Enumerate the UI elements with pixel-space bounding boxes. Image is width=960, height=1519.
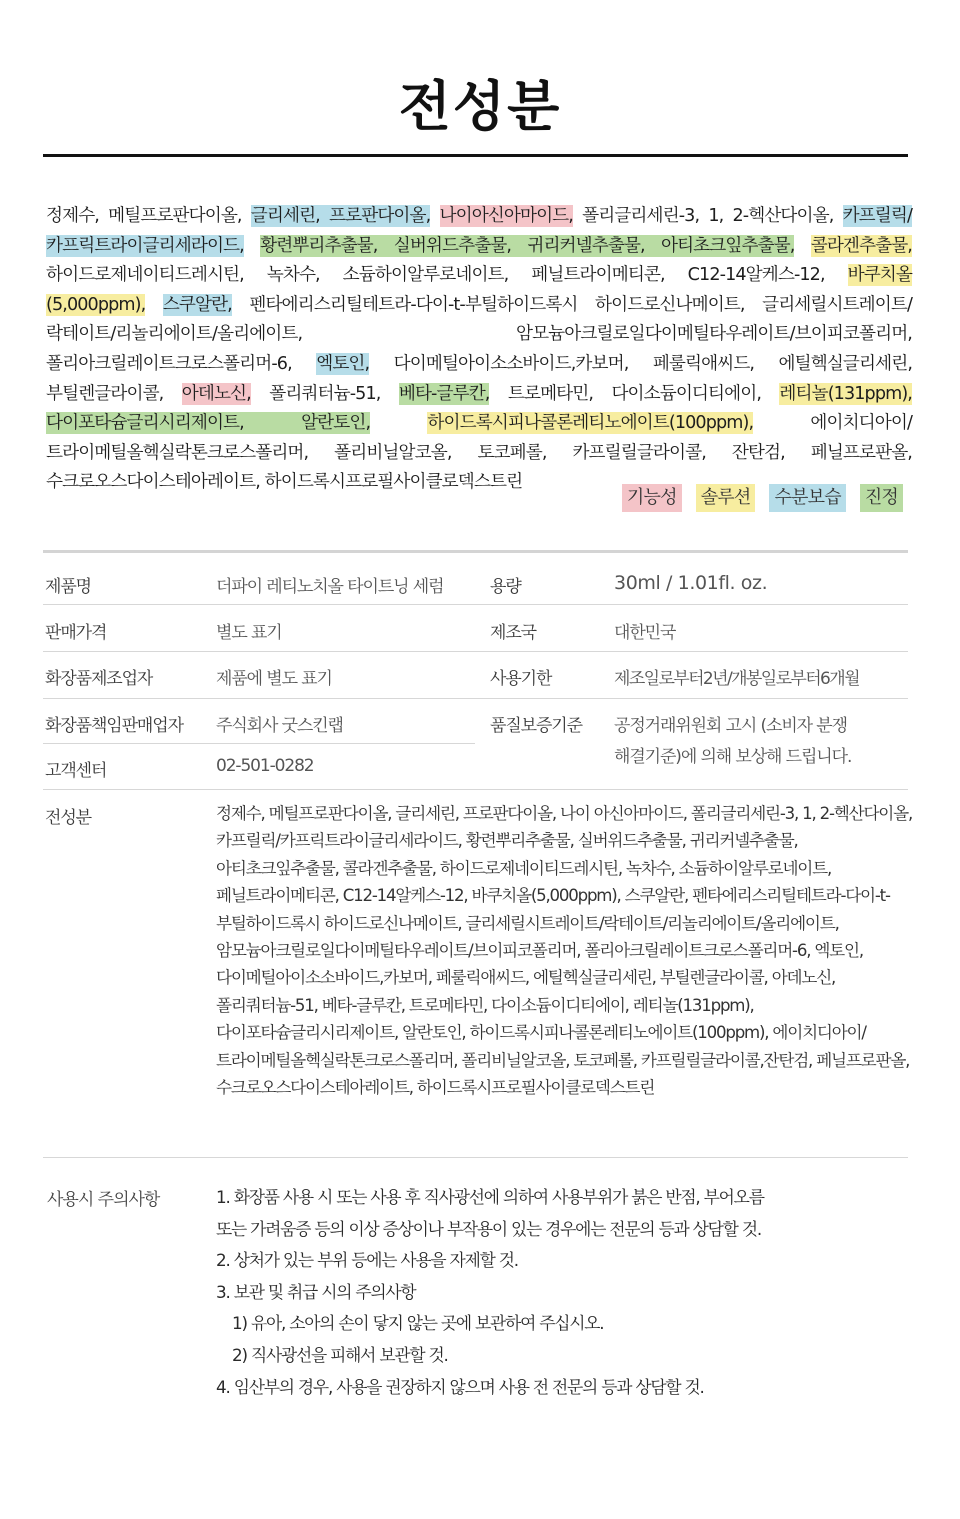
ingredient-text: 폴리쿼터늄-51, [251, 384, 399, 404]
cautions-label: 사용시 주의사항 [47, 1185, 159, 1210]
legend-soothing: 진정 [860, 484, 903, 512]
caution-subitem: 2) 직사광선을 피해서 보관할 것. [216, 1340, 776, 1372]
spec-row-divider [43, 789, 908, 790]
spec-row-divider [43, 698, 908, 699]
spec-value-quality-line1: 공정거래위원회 고시 (소비자 분쟁 [614, 711, 847, 736]
ingredient-text [244, 236, 260, 256]
spec-label-volume: 용량 [490, 572, 521, 597]
spec-label-expiry: 사용기한 [490, 664, 551, 689]
caution-item: 1. 화장품 사용 시 또는 사용 후 직사광선에 의하여 사용부위가 붉은 반… [216, 1182, 776, 1245]
title-divider [43, 154, 908, 157]
ingredient-text [145, 295, 163, 315]
ingredient-highlight-solution: 레티놀(131ppm), [779, 383, 912, 405]
ingredient-highlight-moisture: 스쿠알란, [163, 294, 232, 316]
spec-value-cs-center: 02-501-0282 [216, 756, 314, 776]
ingredient-highlight-solution: 하이드록시피나콜론레티노에이트(100ppm), [427, 412, 753, 434]
spec-value-manufacturer: 제품에 별도 표기 [216, 664, 332, 689]
ingredient-text: 하이드로제네이티드레시틴, 녹차수, 소듐하이알루로네이트, 페닐트라이메티콘,… [46, 265, 848, 285]
spec-row-divider [43, 604, 908, 605]
spec-row-divider [43, 1157, 908, 1158]
spec-label-distributor: 화장품책임판매업자 [45, 711, 183, 736]
ingredient-highlight-soothing: 다이포타슘글리시리제이트, 알란토인, [46, 412, 370, 434]
spec-label-origin: 제조국 [490, 618, 536, 643]
spec-value-price: 별도 표기 [216, 618, 282, 643]
caution-item: 3. 보관 및 취급 시의 주의사항 [216, 1277, 776, 1309]
spec-value-product-name: 더파이 레티노치올 타이트닝 세럼 [216, 572, 443, 597]
spec-label-manufacturer: 화장품제조업자 [45, 664, 152, 689]
spec-value-expiry: 제조일로부터2년/개봉일로부터6개월 [614, 664, 859, 689]
legend-functional: 기능성 [622, 484, 682, 512]
spec-row-divider [43, 651, 908, 652]
ingredient-text [430, 206, 439, 226]
ingredient-text: 정제수, 메틸프로판다이올, [46, 206, 251, 226]
legend-moisture: 수분보습 [769, 484, 845, 512]
legend-solution: 솔루션 [696, 484, 756, 512]
spec-label-price: 판매가격 [45, 618, 106, 643]
ingredient-highlight-solution: 콜라겐추출물, [811, 235, 912, 257]
spec-label-product-name: 제품명 [45, 572, 91, 597]
ingredient-highlight-moisture: 글리세린, 프로판다이올, [251, 205, 431, 227]
caution-item: 4. 임산부의 경우, 사용을 권장하지 않으며 사용 전 전문의 등과 상담할… [216, 1372, 776, 1404]
ingredient-text [794, 236, 810, 256]
ingredient-text: 트로메타민, 다이소듐이디티에이, [489, 384, 779, 404]
spec-label-cs-center: 고객센터 [45, 756, 106, 781]
cautions-list: 1. 화장품 사용 시 또는 사용 후 직사광선에 의하여 사용부위가 붉은 반… [216, 1182, 776, 1403]
spec-label-quality: 품질보증기준 [490, 711, 582, 736]
page-title: 전성분 [0, 72, 960, 142]
ingredient-highlight-functional: 나이아신아마이드, [440, 205, 573, 227]
ingredient-highlight-soothing: 베타-글루칸, [399, 383, 490, 405]
highlighted-ingredients-list: 정제수, 메틸프로판다이올, 글리세린, 프로판다이올, 나이아신아마이드, 폴… [46, 202, 912, 498]
spec-label-full-ingredients: 전성분 [45, 803, 91, 828]
ingredient-text: 폴리글리세린-3, 1, 2-헥산다이올, [573, 206, 843, 226]
spec-table-top-divider [43, 550, 908, 553]
spec-value-quality-line2: 해결기준)에 의해 보상해 드립니다. [614, 742, 851, 767]
ingredient-text [370, 413, 427, 433]
spec-value-origin: 대한민국 [614, 618, 675, 643]
spec-row-divider [43, 743, 475, 744]
ingredient-highlight-soothing: 황련뿌리추출물, 실버위드추출물, 귀리커넬추출물, 아티초크잎추출물, [260, 235, 794, 257]
spec-value-full-ingredients: 정제수, 메틸프로판다이올, 글리세린, 프로판다이올, 나이 아신아마이드, … [216, 800, 916, 1101]
ingredient-highlight-functional: 아데노신, [182, 383, 251, 405]
caution-subitem: 1) 유아, 소아의 손이 닿지 않는 곳에 보관하여 주십시오. [216, 1308, 776, 1340]
spec-value-distributor: 주식회사 굿스킨랩 [216, 711, 343, 736]
spec-value-volume: 30ml / 1.01fl. oz. [614, 572, 767, 594]
ingredient-highlight-moisture: 엑토인, [316, 353, 369, 375]
highlight-legend: 기능성 솔루션 수분보습 진정 [622, 484, 903, 512]
caution-item: 2. 상처가 있는 부위 등에는 사용을 자제할 것. [216, 1245, 776, 1277]
